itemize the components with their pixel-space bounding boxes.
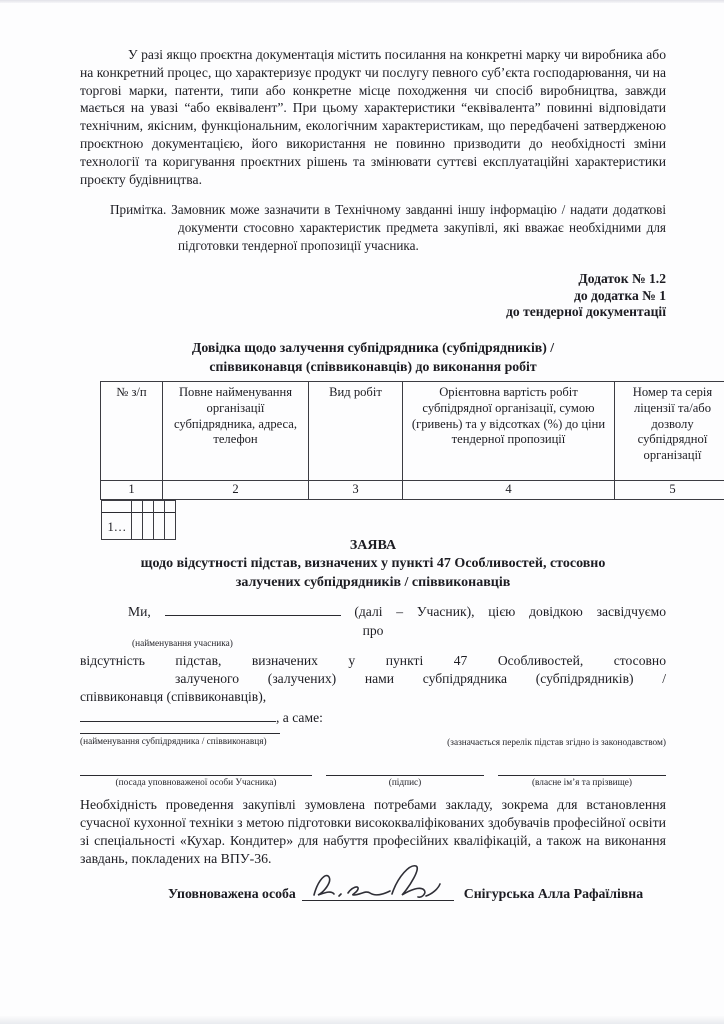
document-title-line-1: Довідка щодо залучення субпідрядника (су… xyxy=(80,338,666,357)
signature-slots-row: (посада уповноваженої особи Учасника) (п… xyxy=(80,775,666,789)
statement-subtitle-line-2: залучених субпідрядників / співвиконавці… xyxy=(80,574,666,593)
caption-signature: (підпис) xyxy=(326,778,484,789)
handwritten-signature-icon xyxy=(298,862,458,906)
statement-subtitle-line-1: щодо відсутності підстав, визначених у п… xyxy=(80,555,666,574)
participant-name-blank xyxy=(165,603,341,616)
a-same-line: , а саме: xyxy=(80,708,666,727)
column-number-4: 4 xyxy=(403,480,615,499)
pro-word: про xyxy=(80,622,666,639)
subcontractors-table: № з/п Повне найменування організації суб… xyxy=(100,381,724,518)
statement-title-block: ЗАЯВА щодо відсутності підстав, визначен… xyxy=(80,537,666,593)
caption-full-name: (власне ім’я та прізвище) xyxy=(498,778,666,789)
subcontractor-name-blank xyxy=(80,709,276,722)
column-number-2: 2 xyxy=(163,480,309,499)
document-title: Довідка щодо залучення субпідрядника (су… xyxy=(80,338,666,376)
table-header-cost: Орієнтовна вартість робіт субпідрядної о… xyxy=(403,381,615,480)
scan-top-edge xyxy=(0,0,724,3)
signature-slot: (підпис) xyxy=(326,775,484,789)
we-label: Ми, xyxy=(128,604,151,619)
caption-grounds: (зазначається перелік підстав згідно із … xyxy=(447,733,666,749)
we-declare-line: Ми, (далі – Учасник), цією довідкою засв… xyxy=(80,603,666,621)
document-title-line-2: співвиконавця (співвиконавців) до викона… xyxy=(80,357,666,376)
table-header-number: № з/п xyxy=(101,381,163,480)
table-column-numbers-row: 1 2 3 4 5 xyxy=(101,480,724,499)
scan-bottom-edge xyxy=(0,1016,724,1024)
table-cell-name xyxy=(132,500,143,539)
absence-line-2: залученого (залучених) нами субпідрядник… xyxy=(175,670,666,688)
authorized-person-row: Уповноважена особа Снігурська Алла Рафаї… xyxy=(80,884,666,902)
paragraph-equivalents: У разі якщо проєктна документація містит… xyxy=(80,46,666,188)
authorized-signature-line xyxy=(302,884,454,901)
full-name-slot: (власне ім’я та прізвище) xyxy=(498,775,666,789)
annex-line-3: до тендерної документації xyxy=(80,304,666,321)
a-same-text: , а саме: xyxy=(276,710,323,725)
table-header-work-type: Вид робіт xyxy=(309,381,403,480)
position-slot: (посада уповноваженої особи Учасника) xyxy=(80,775,312,789)
captions-row-subcontractor: (найменування субпідрядника / співвикона… xyxy=(80,733,666,749)
dali-text: (далі – Учасник), цією довідкою засвідчу… xyxy=(354,604,666,619)
caption-participant-name: (найменування учасника) xyxy=(132,639,666,650)
caption-position: (посада уповноваженої особи Учасника) xyxy=(80,778,312,789)
annex-line-1: Додаток № 1.2 xyxy=(80,271,666,288)
column-number-1: 1 xyxy=(101,480,163,499)
table-row: 1… xyxy=(101,500,177,513)
authorized-person-name: Снігурська Алла Рафаїлівна xyxy=(464,886,643,902)
procurement-justification: Необхідність проведення закупівлі зумовл… xyxy=(80,796,666,867)
table-header-name: Повне найменування організації субпідряд… xyxy=(163,381,309,480)
note-label: Примітка. xyxy=(110,202,166,217)
annex-reference: Додаток № 1.2 до додатка № 1 до тендерно… xyxy=(80,271,666,321)
subcontractor-fill-line xyxy=(80,733,280,735)
table-cell-license xyxy=(165,500,176,539)
absence-line-3: співвиконавця (співвиконавців), xyxy=(80,688,666,706)
scanned-document-page: У разі якщо проєктна документація містит… xyxy=(0,0,724,1024)
authorized-person-label: Уповноважена особа xyxy=(168,886,296,902)
subcontractor-caption-block: (найменування субпідрядника / співвикона… xyxy=(80,733,328,748)
note-paragraph: Примітка. Замовник може зазначити в Техн… xyxy=(110,201,666,254)
column-number-5: 5 xyxy=(615,480,724,499)
table-cell-index: 1… xyxy=(101,500,132,539)
table-header-license: Номер та серія ліцензії та/або дозволу с… xyxy=(615,381,724,480)
table-header-row: № з/п Повне найменування організації суб… xyxy=(101,381,724,480)
caption-subcontractor: (найменування субпідрядника / співвикона… xyxy=(80,737,328,748)
annex-line-2: до додатка № 1 xyxy=(80,288,666,305)
note-text: Замовник може зазначити в Технічному зав… xyxy=(171,202,666,252)
table-cell-work-type xyxy=(143,500,154,539)
absence-line-1: відсутність підстав, визначених у пункті… xyxy=(80,652,666,670)
table-cell-cost xyxy=(154,500,165,539)
column-number-3: 3 xyxy=(309,480,403,499)
